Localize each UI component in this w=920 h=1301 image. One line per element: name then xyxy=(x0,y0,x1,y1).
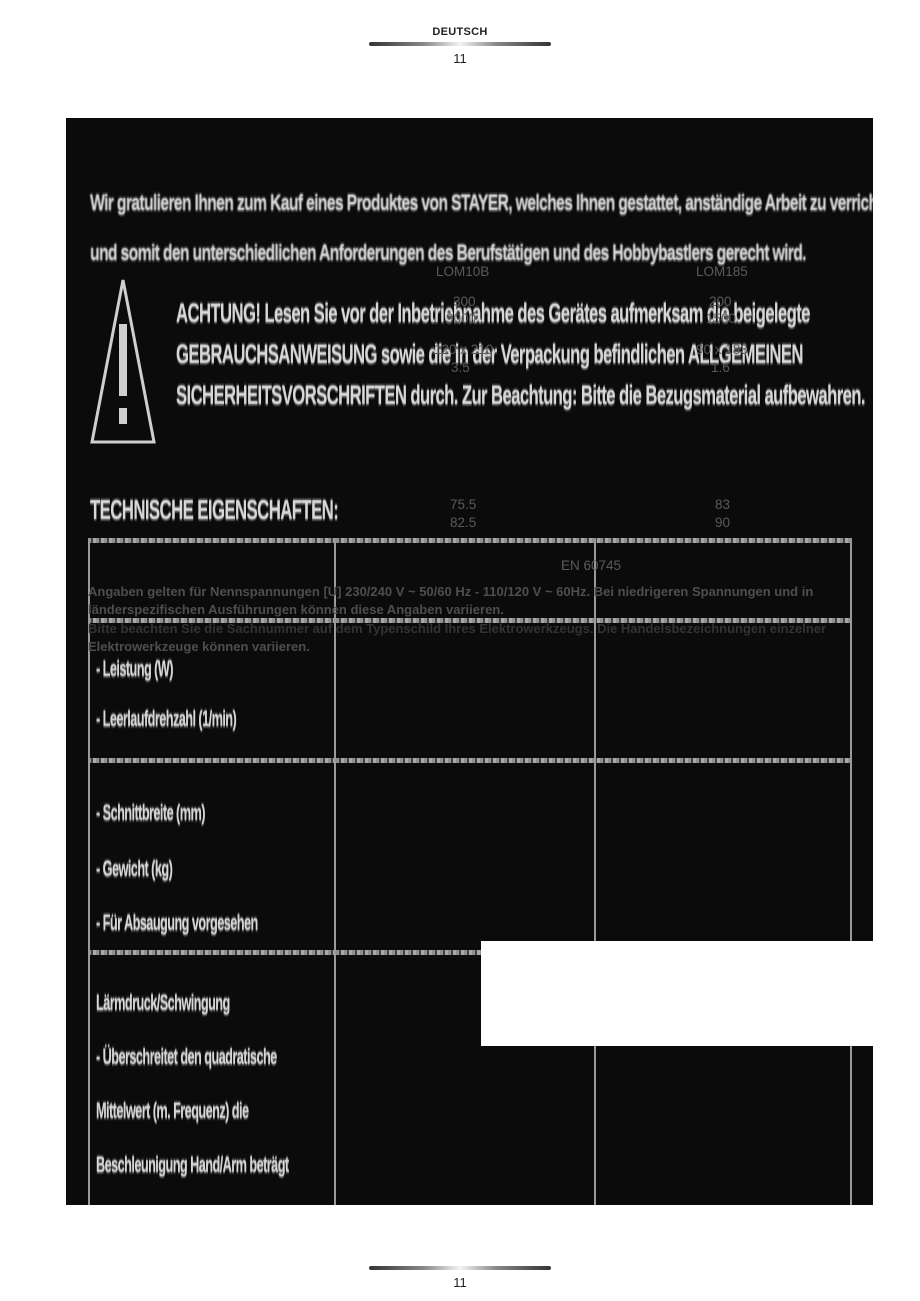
standard-label: EN 60745 xyxy=(561,558,621,573)
row-label: - Für Absaugung vorgesehen xyxy=(96,910,258,936)
warning-line-2: GEBRAUCHSANWEISUNG sowie die in der Verp… xyxy=(176,334,865,375)
table-rule xyxy=(88,758,852,763)
speed-value: 1500 xyxy=(706,311,736,326)
article-note-line-2: Elektrowerkzeuge können variieren. xyxy=(88,639,310,654)
row-label: Beschleunigung Hand/Arm beträgt xyxy=(96,1152,289,1178)
row-label: - Schnittbreite (mm) xyxy=(96,800,205,826)
table-border xyxy=(850,538,852,1205)
power-value: 300 xyxy=(453,294,476,309)
row-label: - Gewicht (kg) xyxy=(96,856,172,882)
model-name: LOM185 xyxy=(696,264,748,279)
dimensions-value: 90 x 183 xyxy=(696,342,748,357)
footer-rule xyxy=(369,1266,551,1270)
row-label: Mittelwert (m. Frequenz) die xyxy=(96,1098,248,1124)
section-title: TECHNISCHE EIGENSCHAFTEN: xyxy=(90,494,338,526)
dimensions-value: 120 x 210 xyxy=(434,342,493,357)
intro-text: Wir gratulieren Ihnen zum Kauf eines Pro… xyxy=(90,178,853,278)
table-divider xyxy=(594,538,596,1205)
speed-value: 9000 xyxy=(446,311,476,326)
voltage-note-line-1: Angaben gelten für Nennspannungen [U] 23… xyxy=(88,584,813,599)
model-name: LOM10B xyxy=(436,264,489,279)
noise-value: 82.5 xyxy=(450,515,476,530)
weight-value: 3.5 xyxy=(451,360,470,375)
row-label: - Überschreitet den quadratische xyxy=(96,1044,277,1070)
warning-line-3: SICHERHEITSVORSCHRIFTEN durch. Zur Beach… xyxy=(176,375,865,416)
power-value: 200 xyxy=(709,294,732,309)
noise-value: 75.5 xyxy=(450,497,476,512)
row-label: - Leerlaufdrehzahl (1/min) xyxy=(96,706,236,732)
language-label: DEUTSCH xyxy=(0,26,920,38)
table-divider xyxy=(334,538,336,1205)
warning-line-1: ACHTUNG! Lesen Sie vor der Inbetriebnahm… xyxy=(176,293,865,334)
table-rule xyxy=(88,538,852,543)
row-label: - Leistung (W) xyxy=(96,656,173,682)
row-label: Lärmdruck/Schwingung xyxy=(96,990,230,1016)
voltage-note-line-2: länderspezifischen Ausführungen können d… xyxy=(88,602,504,617)
header-rule xyxy=(369,42,551,46)
footer-page-number: 11 xyxy=(0,1275,920,1290)
noise-value: 83 xyxy=(715,497,730,512)
warning-text: ACHTUNG! Lesen Sie vor der Inbetriebnahm… xyxy=(176,293,865,416)
intro-line-1: Wir gratulieren Ihnen zum Kauf eines Pro… xyxy=(90,178,853,228)
article-note-line-1: Bitte beachten Sie die Sachnummer auf de… xyxy=(88,621,826,636)
header-page-number: 11 xyxy=(0,51,920,66)
weight-value: 1.6 xyxy=(711,360,730,375)
warning-triangle-icon xyxy=(88,276,158,448)
noise-value: 90 xyxy=(715,515,730,530)
blank-patch xyxy=(481,941,873,1046)
